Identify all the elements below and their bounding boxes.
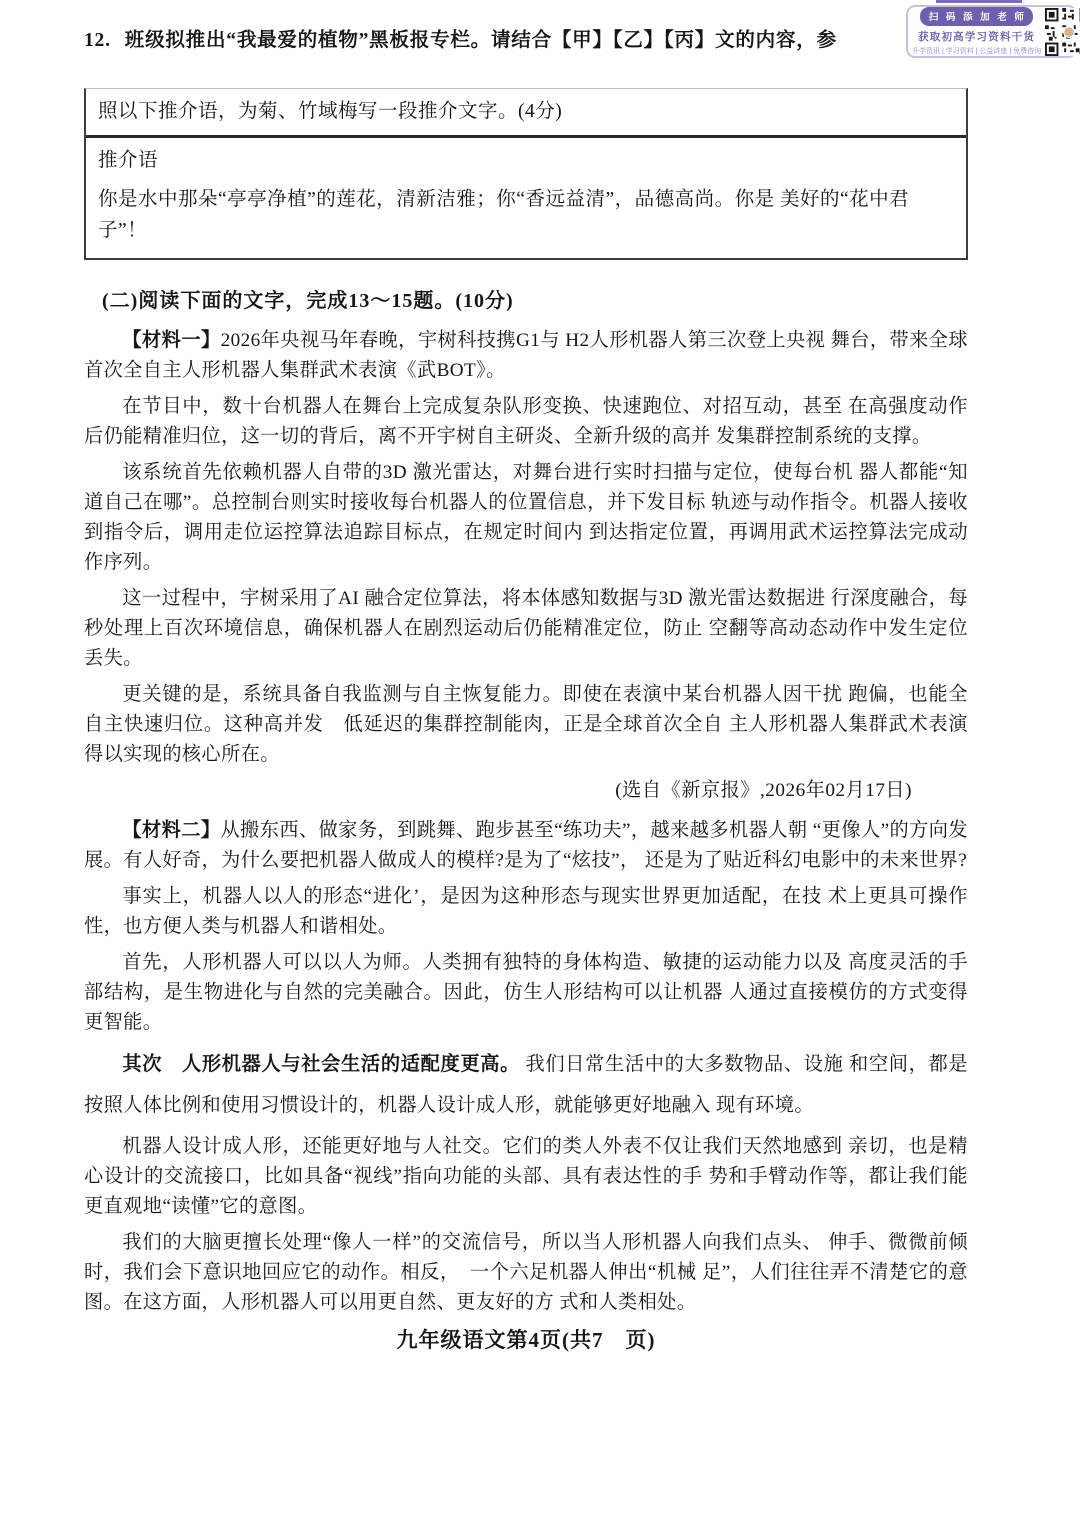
exam-page: 12.班级拟推出“我最爱的植物”黑板报专栏。请结合【甲】【乙】【丙】文的内容，参… xyxy=(0,0,1080,1356)
material1-source: (选自《新京报》,2026年02月17日) xyxy=(84,776,968,806)
material1-paragraph-1: 【材料一】2026年央视马年春晚，宇树科技携G1与 H2人形机器人第三次登上央视… xyxy=(84,326,968,386)
material2-label: 【材料二】 xyxy=(122,820,220,841)
material1-label: 【材料一】 xyxy=(122,330,220,351)
material1-paragraph-3: 该系统首先依赖机器人自带的3D 激光雷达，对舞台进行实时扫描与定位，使每台机 器… xyxy=(84,458,968,578)
prompt-label: 推介语 xyxy=(98,148,954,174)
prompt-box: 照以下推介语，为菊、竹域梅写一段推介文字。(4分) 推介语 你是水中那朵“亭亭净… xyxy=(84,88,968,260)
prompt-sample-text: 你是水中那朵“亭亭净植”的莲花，清新洁雅；你“香远益清”，品德高尚。你是 美好的… xyxy=(98,184,954,246)
material2-paragraph-6: 我们的大脑更擅长处理“像人一样”的交流信号，所以当人形机器人向我们点头、 伸手、… xyxy=(84,1228,968,1318)
question-12-stem: 12.班级拟推出“我最爱的植物”黑板报专栏。请结合【甲】【乙】【丙】文的内容，参 xyxy=(84,26,968,56)
material2-paragraph-3: 首先，人形机器人可以以人为师。人类拥有独特的身体构造、敏捷的运动能力以及 高度灵… xyxy=(84,948,968,1038)
prompt-box-body: 推介语 你是水中那朵“亭亭净植”的莲花，清新洁雅；你“香远益清”，品德高尚。你是… xyxy=(86,138,966,258)
material1-paragraph-4: 这一过程中，宇树采用了AI 融合定位算法，将本体感知数据与3D 激光雷达数据进 … xyxy=(84,584,968,674)
question-stem-continuation: 照以下推介语，为菊、竹域梅写一段推介文字。(4分) xyxy=(86,89,966,138)
material2-paragraph-4-bold: 其次 人形机器人与社会生活的适配度更高。 xyxy=(122,1054,520,1075)
section-heading: (二)阅读下面的文字，完成13～15题。(10分) xyxy=(102,286,968,316)
material1-paragraph-5: 更关键的是，系统具备自我监测与自主恢复能力。即使在表演中某台机器人因干扰 跑偏，… xyxy=(84,680,968,770)
material2-paragraph-4: 其次 人形机器人与社会生活的适配度更高。 我们日常生活中的大多数物品、设施 和空… xyxy=(84,1044,968,1126)
question-number: 12. xyxy=(84,30,111,51)
material2-paragraph-5: 机器人设计成人形，还能更好地与人社交。它们的类人外表不仅让我们天然地感到 亲切，… xyxy=(84,1132,968,1222)
page-footer: 九年级语文第4页(共7 页) xyxy=(84,1324,968,1356)
question-stem-text: 班级拟推出“我最爱的植物”黑板报专栏。请结合【甲】【乙】【丙】文的内容，参 xyxy=(125,30,837,51)
material2-paragraph-1: 【材料二】从搬东西、做家务，到跳舞、跑步甚至“练功夫”，越来越多机器人朝 “更像… xyxy=(84,816,968,876)
material2-paragraph-2: 事实上，机器人以人的形态“进化’，是因为这种形态与现实世界更加适配，在技 术上更… xyxy=(84,882,968,942)
material1-paragraph-2: 在节目中，数十台机器人在舞台上完成复杂队形变换、快速跑位、对招互动，甚至 在高强… xyxy=(84,392,968,452)
